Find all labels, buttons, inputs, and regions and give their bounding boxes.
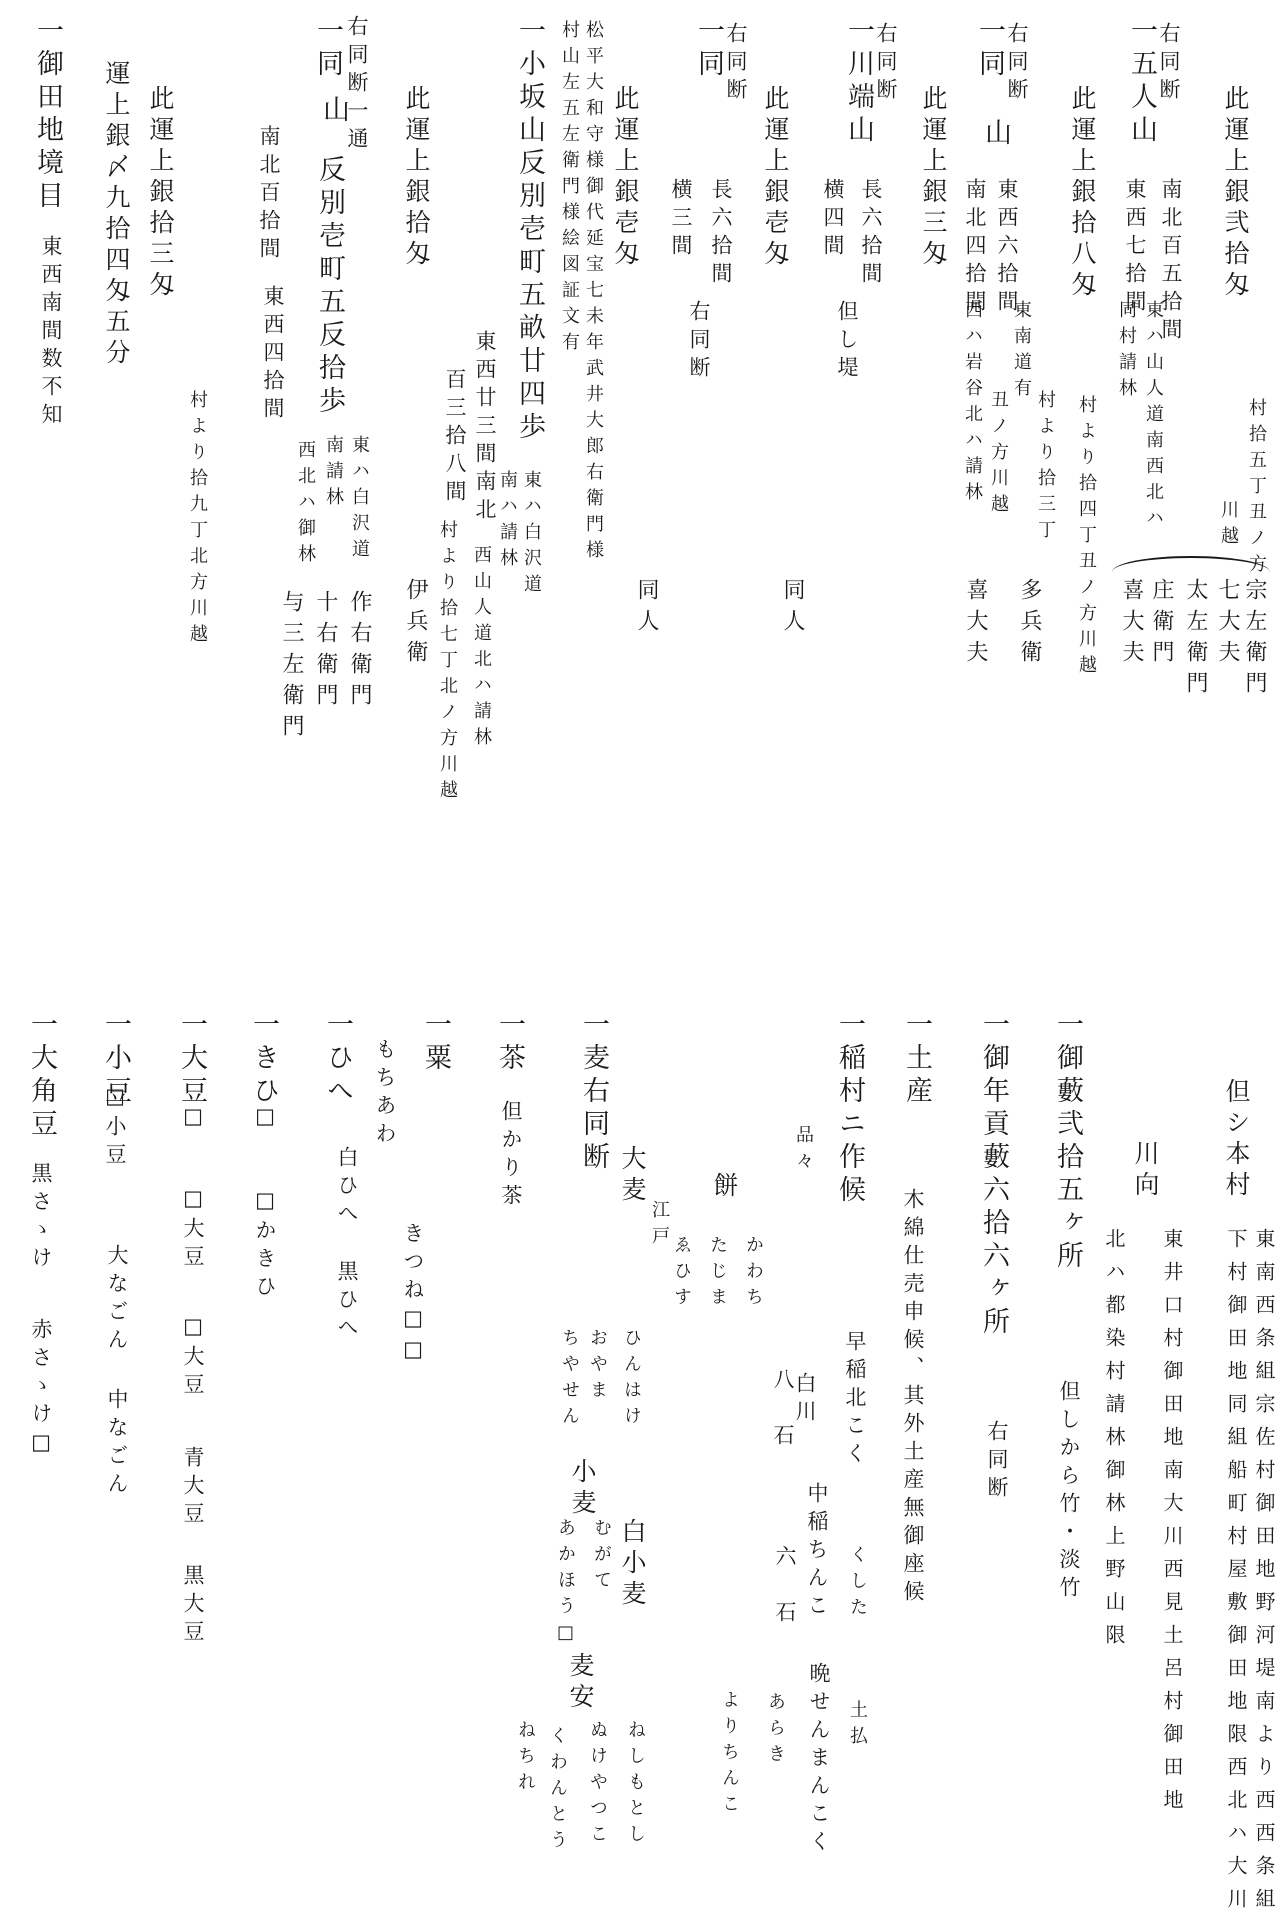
- annotation: 東西南間数不知: [40, 235, 61, 431]
- entry-heading: 一大豆: [178, 1010, 205, 1109]
- list-item: ゑひす: [672, 1235, 690, 1313]
- annotation: 西北ハ御林: [296, 440, 314, 570]
- annotation: 但かり茶: [500, 1100, 521, 1212]
- list-item: 中なごん: [106, 1388, 127, 1500]
- list-item: たじま: [708, 1235, 726, 1313]
- dimension-note: 百三拾八間: [444, 368, 465, 508]
- document-page: 此運上銀弐拾匁 村拾五丁丑ノ方 川越 宗左衛門 七大夫 太左衛門 庄衛門 喜大夫…: [0, 0, 1283, 1929]
- owner-name: 庄衛門: [1150, 578, 1172, 671]
- entry-heading: 一同: [976, 16, 1003, 82]
- list-item: 麦安: [568, 1652, 593, 1714]
- tax-line: 此運上銀壱匁: [763, 85, 788, 271]
- owner-name: 太左衛門: [1184, 578, 1206, 702]
- note-line: 松平大和守様御代延宝七未年武井大郎右衛門様: [584, 20, 602, 566]
- entry-heading: 一きひ: [250, 1010, 277, 1109]
- annotation: 右同断: [986, 1420, 1007, 1504]
- tax-line: 此運上銀壱匁: [613, 85, 638, 271]
- annotation: 西ハ岩谷北ハ請林: [963, 300, 981, 508]
- annotation: 東南道有: [1012, 300, 1030, 404]
- owner-name: 喜大夫: [964, 578, 986, 671]
- list-item: 黒さゝけ: [30, 1162, 51, 1274]
- entry-heading: 一五人山: [1128, 16, 1155, 148]
- entry-heading: 一ひへ: [324, 1010, 351, 1109]
- list-item: ちやせん: [560, 1328, 578, 1432]
- annotation: 但し堤: [836, 300, 857, 384]
- entry-heading: 一川端山: [845, 16, 872, 148]
- amount-note: 八 石: [772, 1368, 793, 1452]
- list-item: くわんとう: [548, 1726, 566, 1856]
- dimension-note: 東西四拾間: [262, 285, 283, 425]
- list-item: きつね□□: [402, 1222, 423, 1368]
- entry-heading: 一御年貢藪六拾六ヶ所: [980, 1010, 1007, 1340]
- annotation: 但しから竹・淡竹: [1058, 1380, 1079, 1604]
- list-item: おやま: [588, 1328, 606, 1406]
- owner-name: 伊兵衛: [404, 578, 426, 671]
- annotation: 木綿仕売申候、其外土産無御座候: [902, 1188, 923, 1608]
- area-note: 反別壱町五反拾歩: [316, 155, 343, 419]
- owner-name: 宗左衛門: [1243, 578, 1265, 702]
- entry-heading: 一稲村ニ作候: [836, 1010, 863, 1208]
- location-note: 村より拾七丁北ノ方川越: [438, 520, 456, 806]
- list-item: □大豆: [182, 1314, 203, 1401]
- boundary-note: 下村御田地同組船町村屋敷御田地限西北ハ大川: [1226, 1228, 1246, 1921]
- location-note: 村より拾三丁: [1036, 390, 1054, 546]
- annotation: 南請林: [324, 435, 342, 513]
- entry-heading: 一粟: [422, 1010, 449, 1076]
- list-item: 小麦: [570, 1458, 595, 1520]
- list-item: 白小麦: [620, 1518, 645, 1611]
- dimension-note: 東西廿三間南北: [474, 330, 495, 526]
- section-heading: 餅: [712, 1172, 737, 1203]
- list-item: □小豆: [104, 1084, 125, 1171]
- dimension-note: 長六拾間: [860, 178, 881, 290]
- list-item: 白川: [794, 1372, 815, 1428]
- tax-line: 此運上銀三匁: [921, 85, 946, 271]
- list-item: よりちんこ: [720, 1690, 738, 1820]
- list-item: 土払: [848, 1700, 866, 1752]
- list-item: 青大豆: [182, 1446, 203, 1530]
- location-note: 村より拾九丁北方川越: [188, 390, 206, 650]
- list-item: 黒大豆: [182, 1564, 203, 1648]
- entry-heading: 一同: [314, 16, 341, 82]
- dimension-note: 横三間: [670, 178, 691, 262]
- list-item: 白ひへ: [336, 1146, 357, 1230]
- dimension-note: 南北四拾間: [964, 178, 985, 318]
- dimension-note: 南北百拾間: [258, 125, 279, 265]
- annotation: 品々: [794, 1125, 812, 1177]
- entry-heading: 一御藪弐拾五ヶ所: [1054, 1010, 1081, 1274]
- boundary-note: 東南西条組宗佐村御田地野河堤南より西西条組: [1254, 1228, 1274, 1921]
- location-note: 川越: [1219, 500, 1237, 552]
- ditto-mark: 右同断: [1006, 22, 1027, 106]
- section-heading: 但シ本村: [1224, 1078, 1249, 1202]
- owner-name: 同人: [781, 578, 803, 640]
- list-item: □: [254, 1104, 275, 1135]
- list-item: もちあわ: [374, 1038, 395, 1150]
- total-line: 運上銀〆九拾四匁五分: [104, 60, 129, 370]
- section-heading: 川向: [1133, 1140, 1158, 1202]
- annotation: 南ハ請林: [498, 470, 516, 574]
- list-item: □大豆: [182, 1186, 203, 1273]
- entry-heading: 一同: [695, 16, 722, 82]
- annotation: 西山人道北ハ請林: [472, 545, 490, 753]
- list-item: □かきひ: [254, 1188, 275, 1303]
- entry-heading: 一大角豆: [28, 1010, 55, 1142]
- entry-heading: 山: [982, 118, 1009, 151]
- owner-name: 同人: [635, 578, 657, 640]
- dimension-note: 東西六拾間: [996, 178, 1017, 318]
- list-item: ぬけやつこ: [588, 1720, 606, 1850]
- list-item: □: [182, 1104, 203, 1135]
- annotation: 右同断: [688, 300, 709, 384]
- ditto-mark: 右同断: [725, 22, 746, 106]
- ditto-mark: 右同断: [875, 22, 896, 106]
- dimension-note: 東西七拾間: [1124, 178, 1145, 318]
- list-item: 黒ひへ: [336, 1260, 357, 1344]
- annotation: 東ハ山人道南西北ハ: [1144, 300, 1162, 534]
- list-item: 晩せんまんこく: [808, 1662, 829, 1858]
- ditto-mark: 右同断一通: [346, 15, 367, 155]
- list-item: 江戸: [650, 1200, 668, 1252]
- entry-heading: 一御田地境目: [34, 16, 61, 214]
- tax-line: 此運上銀拾八匁: [1070, 85, 1095, 302]
- entry-heading: 一土産: [903, 1010, 930, 1109]
- list-item: ひんはけ: [622, 1328, 640, 1432]
- boundary-note: 北ハ都染村請林御林上野山限: [1104, 1228, 1124, 1657]
- boundary-note: 東井口村御田地南大川西見土呂村御田地: [1162, 1228, 1182, 1822]
- tax-line: 此運上銀弐拾匁: [1223, 85, 1248, 302]
- list-item: ねしもとし: [626, 1720, 644, 1850]
- list-item: あらき: [766, 1692, 784, 1770]
- entry-heading: 一小坂山反別壱町五畝廿四歩: [516, 16, 543, 445]
- entry-heading: 一麦右同断: [580, 1010, 607, 1175]
- annotation: 東ハ白沢道: [522, 470, 540, 600]
- list-item: 早稲北こく: [844, 1330, 865, 1470]
- dimension-note: 長六拾間: [710, 178, 731, 290]
- note-line: 村山左五左衛門様絵図証文有: [560, 20, 578, 358]
- annotation: 東ハ白沢道: [350, 435, 368, 565]
- location-note: 丑ノ方川越: [989, 390, 1007, 520]
- dimension-note: 横四間: [822, 178, 843, 262]
- entry-heading: 山: [320, 95, 347, 128]
- list-item: 大なごん: [106, 1244, 127, 1356]
- list-item: かわち: [744, 1235, 762, 1313]
- list-item: 大麦: [620, 1145, 645, 1207]
- amount-note: 六 石: [774, 1545, 795, 1629]
- owner-name: 多兵衛: [1018, 578, 1040, 671]
- list-item: むがて: [592, 1518, 610, 1596]
- list-item: あかほう□: [556, 1518, 574, 1651]
- list-item: くした: [848, 1545, 866, 1623]
- entry-heading: 一茶: [496, 1010, 523, 1076]
- tax-line: 此運上銀拾匁: [404, 85, 429, 271]
- annotation: 同村請林: [1117, 300, 1135, 404]
- owner-name: 与三左衛門: [280, 590, 302, 745]
- owner-name: 十右衛門: [314, 590, 336, 714]
- ditto-mark: 右同断: [1158, 22, 1179, 106]
- location-note: 村拾五丁丑ノ方: [1247, 398, 1265, 580]
- location-note: 村より拾四丁丑ノ方川越: [1077, 395, 1095, 681]
- owner-name: 喜大夫: [1120, 578, 1142, 671]
- owner-name: 作右衛門: [348, 590, 370, 714]
- owner-name: 七大夫: [1216, 578, 1238, 671]
- list-item: ねちれ: [516, 1720, 534, 1798]
- tax-line: 此運上銀拾三匁: [148, 85, 173, 302]
- list-item: 赤さゝけ□: [30, 1318, 51, 1461]
- list-item: 中稲ちんこ: [806, 1482, 827, 1622]
